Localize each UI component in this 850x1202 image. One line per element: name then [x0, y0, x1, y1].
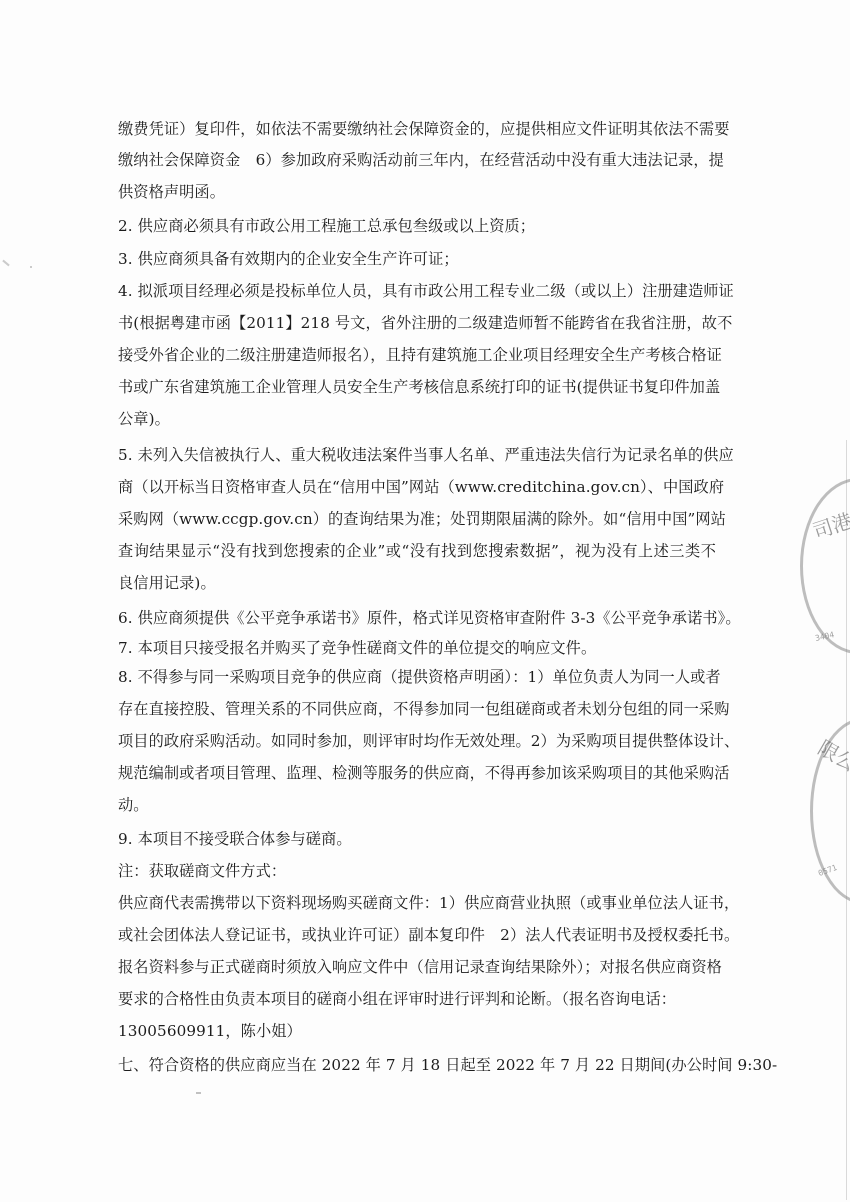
text-line: 报名资料参与正式磋商时须放入响应文件中（信用记录查询结果除外）；对报名供应商资格	[118, 957, 716, 977]
text-line: 供资格声明函。	[118, 182, 225, 202]
text-line: 存在直接控股、管理关系的不同供应商，不得参加同一包组磋商或者未划分包组的同一采购	[118, 699, 716, 719]
text-line: 供应商代表需携带以下资料现场购买磋商文件：1）供应商营业执照（或事业单位法人证书…	[118, 893, 716, 913]
text-line: 项目的政府采购活动。如同时参加，则评审时均作无效处理。2）为采购项目提供整体设计…	[118, 731, 716, 751]
text-line: 良信用记录)。	[118, 573, 216, 593]
scan-speck	[196, 1092, 201, 1094]
text-line: 要求的合格性由负责本项目的磋商小组在评审时进行评判和论断。（报名咨询电话：	[118, 989, 676, 1009]
text-line: 动。	[118, 795, 149, 815]
scan-speck	[2, 260, 9, 267]
text-line: 书(根据粤建市函【2011】218 号文，省外注册的二级建造师暂不能跨省在我省注…	[118, 313, 716, 333]
text-line: 接受外省企业的二级注册建造师报名），且持有建筑施工企业项目经理安全生产考核合格证	[118, 345, 716, 365]
text-line: 13005609911，陈小姐）	[118, 1021, 302, 1041]
text-line: 书或广东省建筑施工企业管理人员安全生产考核信息系统打印的证书(提供证书复印件加盖	[118, 377, 716, 397]
text-line: 采购网（www.ccgp.gov.cn）的查询结果为准；处罚期限届满的除外。如“…	[118, 509, 716, 529]
text-line: 查询结果显示“没有找到您搜索的企业”或“没有找到您搜索数据”，视为没有上述三类不	[118, 541, 716, 561]
seal-fragment-top	[800, 478, 850, 654]
text-line: 注：获取磋商文件方式：	[118, 861, 286, 881]
text-line: 9. 本项目不接受联合体参与磋商。	[118, 829, 352, 849]
text-line: 规范编制或者项目管理、监理、检测等服务的供应商，不得再参加该采购项目的其他采购活	[118, 763, 716, 783]
text-line: 商（以开标当日资格审查人员在“信用中国”网站（www.creditchina.g…	[118, 477, 716, 497]
text-line: 2. 供应商必须具有市政公用工程施工总承包叁级或以上资质；	[118, 216, 535, 236]
text-line: 缴费凭证）复印件，如依法不需要缴纳社会保障资金的，应提供相应文件证明其依法不需要	[118, 119, 716, 139]
text-line: 6. 供应商须提供《公平竞争承诺书》原件，格式详见资格审查附件 3-3《公平竞争…	[118, 608, 716, 628]
text-line: 4. 拟派项目经理必须是投标单位人员，具有市政公用工程专业二级（或以上）注册建造…	[118, 281, 716, 301]
scan-speck	[30, 266, 32, 268]
text-line: 七、符合资格的供应商应当在 2022 年 7 月 18 日起至 2022 年 7…	[118, 1055, 716, 1075]
text-line: 5. 未列入失信被执行人、重大税收违法案件当事人名单、严重违法失信行为记录名单的…	[118, 445, 716, 465]
text-line: 或社会团体法人登记证书，或执业许可证）副本复印件 2）法人代表证明书及授权委托书…	[118, 925, 716, 945]
document-page: 缴费凭证）复印件，如依法不需要缴纳社会保障资金的，应提供相应文件证明其依法不需要…	[0, 0, 850, 1202]
text-line: 公章)。	[118, 409, 170, 429]
text-line: 缴纳社会保障资金 6）参加政府采购活动前三年内，在经营活动中没有重大违法记录，提	[118, 150, 716, 170]
text-line: 7. 本项目只接受报名并购买了竞争性磋商文件的单位提交的响应文件。	[118, 638, 596, 658]
text-line: 8. 不得参与同一采购项目竞争的供应商（提供资格声明函）：1）单位负责人为同一人…	[118, 667, 716, 687]
text-line: 3. 供应商须具备有效期内的企业安全生产许可证；	[118, 249, 459, 269]
